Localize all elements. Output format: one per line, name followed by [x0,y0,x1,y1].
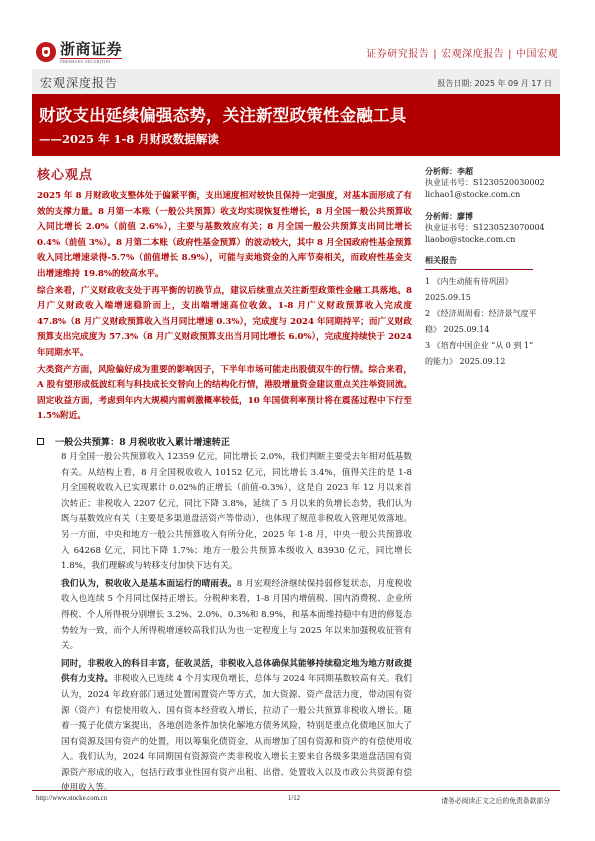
report-type: 宏观深度报告 [40,74,118,91]
core-view-section: 核心观点 2025 年 8 月财政收支整体处于偏紧平衡，支出速度相对较快且保持一… [37,160,412,426]
section-heading-text: 一般公共预算：8 月税收收入累计增速转正 [55,434,230,448]
body-paragraph: 我们认为，税收收入是基本面运行的晴雨表。8 月宏观经济继续保持弱修复状态，月度税… [37,577,412,655]
general-budget-section: 一般公共预算：8 月税收收入累计增速转正 8 月全国一般公共预算收入 12359… [37,434,412,797]
tag-securities-research: 证券研究报告 [366,49,429,60]
analyst-card: 分析师：李超 执业证书号：S1230520030002 lichao1@stoc… [425,165,561,201]
tag-china-macro: 中国宏观 [516,49,558,60]
tag-macro-depth: 宏观深度报告 [441,49,504,60]
paragraph-text: 非税收入已连续 4 个月实现负增长，总体与 2024 年同期基数较高有关。我们认… [61,674,412,793]
related-report-date: 稳》 2025.09.14 [425,322,561,338]
analyst-license: 执业证书号：S1230520030002 [425,177,561,189]
report-category-tags: 证券研究报告|宏观深度报告|中国宏观 [366,45,558,60]
disclaimer-note: 请务必阅读正文之后的免责条款部分 [441,795,550,805]
paragraph-lead: 我们认为，税收收入是基本面运行的晴雨表。 [61,579,237,589]
related-reports-list: 1 《内生动能有待巩固》 2025.09.15 2 《经济周周看：经济景气度平 … [425,274,561,370]
report-title: 财政支出延续偏强态势，关注新型政策性金融工具 [39,102,406,126]
report-date: 报告日期: 2025 年 09 月 17 日 [437,78,552,89]
related-report-date: 2025.09.15 [425,290,561,306]
core-view-heading: 核心观点 [37,164,412,183]
tag-separator: | [433,49,437,60]
related-report-title[interactable]: 2 《经济周周看：经济景气度平 [425,306,561,322]
logo-mark-icon [36,42,56,62]
analyst-name: 分析师：李超 [425,165,561,177]
related-reports-heading: 相关报告 [425,255,533,270]
footer-divider [32,790,560,791]
logo-name-cn: 浙商证券 [60,41,122,58]
company-logo: 浙商证券 ZHESHANG SECURITIES [36,40,122,64]
body-paragraph: 8 月全国一般公共预算收入 12359 亿元，同比增长 2.0%，我们判断主要受… [37,450,412,575]
related-report-title[interactable]: 3 《培育中国企业 “从 0 到 1” [425,338,561,354]
page-number: 1/12 [288,795,300,802]
paragraph-text: 8 月宏观经济继续保持弱修复状态，月度税收收入也连续 5 个月同比保持正增长。分… [61,579,412,651]
core-paragraph: 综合来看，广义财政收支处于再平衡的切换节点，建议后续重点关注新型政策性金融工具落… [37,284,412,362]
checkbox-bullet-icon [37,438,44,445]
analyst-email[interactable]: lichao1@stocke.com.cn [425,189,561,201]
sidebar: 分析师：李超 执业证书号：S1230520030002 lichao1@stoc… [425,165,561,370]
logo-name-en: ZHESHANG SECURITIES [60,58,122,64]
analyst-card: 分析师：廖博 执业证书号：S1230523070004 liaobo@stock… [425,210,561,246]
tag-separator: | [508,49,512,60]
core-paragraph: 2025 年 8 月财政收支整体处于偏紧平衡，支出速度相对较快且保持一定强度，对… [37,189,412,283]
core-paragraph: 大类资产方面，风险偏好成为重要的影响因子，下半年市场可能走出股债双牛的行情。综合… [37,363,412,425]
analyst-email[interactable]: liaobo@stocke.com.cn [425,234,561,246]
analyst-name: 分析师：廖博 [425,210,561,222]
title-band: 财政支出延续偏强态势，关注新型政策性金融工具 ——2025 年 1-8 月财政数… [32,94,560,156]
section-heading: 一般公共预算：8 月税收收入累计增速转正 [37,434,412,448]
report-type-band: 宏观深度报告 报告日期: 2025 年 09 月 17 日 [32,69,560,94]
related-report-title[interactable]: 1 《内生动能有待巩固》 [425,274,561,290]
footer-url-link[interactable]: http://www.stocke.com.cn [36,795,107,802]
analyst-license: 执业证书号：S1230523070004 [425,222,561,234]
body-paragraph: 同时，非税收入的科目丰富，征收灵活，非税收入总体确保其能够持续稳定地为地方财政提… [37,657,412,797]
report-subtitle: ——2025 年 1-8 月财政数据解读 [39,131,219,147]
related-report-date: 的能力》 2025.09.12 [425,354,561,370]
